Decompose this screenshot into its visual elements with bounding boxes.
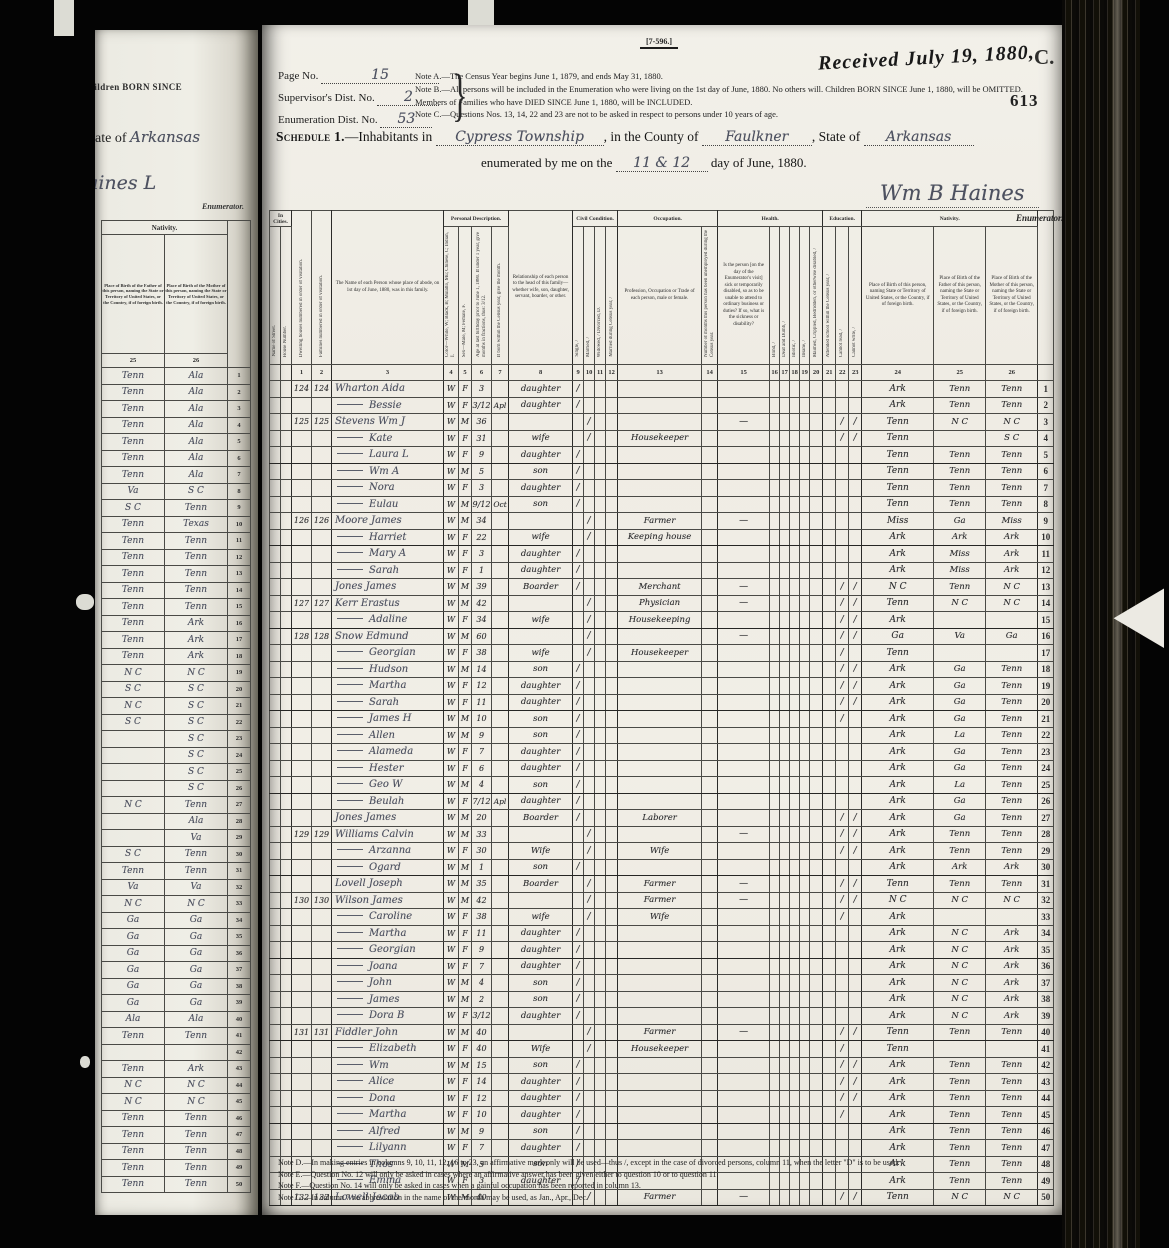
cell-street — [270, 562, 281, 579]
cell-pm: Ark — [986, 529, 1038, 546]
cell-sick — [718, 562, 770, 579]
cell-sick — [718, 975, 770, 992]
cell-pf: Tenn — [934, 397, 986, 414]
cell-cwr — [849, 1041, 862, 1058]
cell-mother-birthplace: Ark — [165, 632, 228, 649]
cell-pm: Tenn — [986, 744, 1038, 761]
cell-insa — [800, 1140, 810, 1157]
cell-rel — [509, 513, 573, 530]
cell-pm: Tenn — [986, 810, 1038, 827]
cell-rowno: 17 — [1038, 645, 1054, 662]
cell-cs: / — [573, 859, 584, 876]
cell-pf: N C — [934, 942, 986, 959]
column-number-2: 2 — [312, 365, 332, 381]
cell-blind — [770, 793, 780, 810]
cell-blind — [770, 1008, 780, 1025]
cell-fam — [312, 744, 332, 761]
cell-dw — [292, 661, 312, 678]
cell-school — [823, 942, 836, 959]
person-row: 126126Moore JamesWM34/Farmer—MissGaMiss9 — [270, 513, 1054, 530]
cell-unemp — [702, 1090, 718, 1107]
cell-pm: Tenn — [986, 1107, 1038, 1124]
cell-cwid — [595, 760, 606, 777]
cell-house — [281, 843, 292, 860]
cell-street — [270, 595, 281, 612]
cell-idio — [790, 1008, 800, 1025]
cell-house — [281, 447, 292, 464]
cell-cmy — [606, 562, 618, 579]
cell-dw: 128 — [292, 628, 312, 645]
person-row: LilyannWF7daughter/ArkTennTenn47 — [270, 1140, 1054, 1157]
cell-maim — [810, 1107, 823, 1124]
cell-cm: / — [584, 892, 595, 909]
cell-month: Oct — [492, 496, 509, 513]
cell-rel: daughter — [509, 925, 573, 942]
cell-cwid — [595, 1123, 606, 1140]
cell-maim — [810, 513, 823, 530]
cell-row-number: 43 — [228, 1061, 251, 1078]
cell-month — [492, 892, 509, 909]
cell-month — [492, 381, 509, 398]
cell-sex: M — [459, 810, 472, 827]
cell-maim — [810, 892, 823, 909]
cell-pf: Ga — [934, 678, 986, 695]
spine-highlight — [1112, 0, 1123, 1248]
cell-cm — [584, 925, 595, 942]
person-name: Adaline — [369, 614, 407, 625]
cell-cwr — [849, 760, 862, 777]
cell-school — [823, 1090, 836, 1107]
cell-dw — [292, 909, 312, 926]
cell-rel: Wife — [509, 1041, 573, 1058]
cell-age: 35 — [472, 876, 492, 893]
cell-street — [270, 447, 281, 464]
cell-sick — [718, 1123, 770, 1140]
cell-age: 42 — [472, 595, 492, 612]
cell-unemp — [702, 958, 718, 975]
cell-school — [823, 661, 836, 678]
cell-age: 2 — [472, 991, 492, 1008]
cell-cwr — [849, 480, 862, 497]
cell-unemp — [702, 991, 718, 1008]
left-father-colnum: 25 — [102, 354, 165, 368]
cell-rel: son — [509, 777, 573, 794]
cell-deaf — [780, 843, 790, 860]
cell-fam — [312, 1057, 332, 1074]
cell-insa — [800, 876, 810, 893]
cell-cs: / — [573, 925, 584, 942]
cell-age: 34 — [472, 513, 492, 530]
cell-cs — [573, 414, 584, 431]
person-row: Jones JamesWM39Boarder/Merchant—//N CTen… — [270, 579, 1054, 596]
cell-cm — [584, 744, 595, 761]
cell-row-number: 24 — [228, 747, 251, 764]
cell-age: 42 — [472, 892, 492, 909]
cell-street — [270, 826, 281, 843]
cell-pob: Ark — [862, 1123, 934, 1140]
cell-dw — [292, 1008, 312, 1025]
person-row: MarthaWF11daughter/ArkN CArk34 — [270, 925, 1054, 942]
cell-pob: Ark — [862, 711, 934, 728]
letter-c-mark: C. — [1034, 45, 1054, 70]
left-page-row: N CN C44 — [102, 1077, 251, 1094]
cell-street — [270, 793, 281, 810]
cell-sick — [718, 397, 770, 414]
cell-deaf — [780, 529, 790, 546]
cell-dw — [292, 744, 312, 761]
cell-unemp — [702, 727, 718, 744]
cell-pf: Tenn — [934, 1024, 986, 1041]
cell-month — [492, 1107, 509, 1124]
ditto-dash — [337, 404, 363, 405]
cell-fam: 124 — [312, 381, 332, 398]
cell-rel: daughter — [509, 1090, 573, 1107]
cell-pob: Ark — [862, 381, 934, 398]
cell-unemp — [702, 430, 718, 447]
cell-dw — [292, 810, 312, 827]
cell-rowno: 35 — [1038, 942, 1054, 959]
cell-cr: / — [836, 843, 849, 860]
cell-deaf — [780, 1024, 790, 1041]
cell-idio — [790, 381, 800, 398]
cell-blind — [770, 1074, 780, 1091]
cell-occ: Housekeeper — [618, 430, 702, 447]
cell-cs: / — [573, 810, 584, 827]
left-page-row: TennAla6 — [102, 450, 251, 467]
cell-cwr — [849, 381, 862, 398]
cell-sex: F — [459, 381, 472, 398]
person-name: Sarah — [369, 565, 399, 576]
left-page-row: TennAla4 — [102, 417, 251, 434]
person-row: Laura LWF9daughter/TennTennTenn5 — [270, 447, 1054, 464]
left-page-row: N CN C45 — [102, 1094, 251, 1111]
cell-rel: daughter — [509, 1074, 573, 1091]
cell-mother-birthplace: Ala — [165, 417, 228, 434]
cell-name: Bessie — [332, 397, 444, 414]
cell-rowno: 46 — [1038, 1123, 1054, 1140]
person-name: Eulau — [369, 499, 398, 510]
cell-cs: / — [573, 711, 584, 728]
cell-rel: daughter — [509, 1008, 573, 1025]
cell-cmy — [606, 381, 618, 398]
cell-deaf — [780, 1057, 790, 1074]
cell-cr — [836, 793, 849, 810]
cell-cm: / — [584, 430, 595, 447]
cell-dw — [292, 562, 312, 579]
cell-maim — [810, 1008, 823, 1025]
cell-street — [270, 810, 281, 827]
cell-insa — [800, 826, 810, 843]
person-row: JamesWM2son/ArkN CArk38 — [270, 991, 1054, 1008]
cell-cr — [836, 958, 849, 975]
cell-blind — [770, 1123, 780, 1140]
cell-cwid — [595, 1090, 606, 1107]
cell-father-birthplace — [102, 747, 165, 764]
cell-pob: Ark — [862, 760, 934, 777]
cell-dw — [292, 843, 312, 860]
cell-sex: F — [459, 447, 472, 464]
cell-color: W — [444, 496, 459, 513]
cell-pm: Tenn — [986, 1024, 1038, 1041]
cell-maim — [810, 1041, 823, 1058]
cell-pm: Tenn — [986, 694, 1038, 711]
cell-sick — [718, 942, 770, 959]
cell-blind — [770, 958, 780, 975]
cell-month — [492, 1057, 509, 1074]
cell-fam — [312, 1140, 332, 1157]
cell-mother-birthplace: S C — [165, 747, 228, 764]
cell-month — [492, 529, 509, 546]
cell-cm — [584, 958, 595, 975]
cell-idio — [790, 975, 800, 992]
cell-unemp — [702, 843, 718, 860]
cell-unemp — [702, 381, 718, 398]
cell-cs: / — [573, 991, 584, 1008]
cell-row-number: 9 — [228, 500, 251, 517]
cell-house — [281, 826, 292, 843]
cell-school — [823, 1140, 836, 1157]
cell-house — [281, 1057, 292, 1074]
ditto-dash — [337, 437, 363, 438]
cell-occ — [618, 414, 702, 431]
cell-house — [281, 678, 292, 695]
person-row: MarthaWF12daughter///ArkGaTenn19 — [270, 678, 1054, 695]
cell-mother-birthplace: Ala — [165, 467, 228, 484]
cell-color: W — [444, 1140, 459, 1157]
cell-rel: son — [509, 1057, 573, 1074]
cell-cwr: / — [849, 430, 862, 447]
cell-sex: F — [459, 645, 472, 662]
cell-maim — [810, 1024, 823, 1041]
cell-cs — [573, 1024, 584, 1041]
cell-mother-birthplace: Ala — [165, 450, 228, 467]
cell-cr — [836, 991, 849, 1008]
cell-sex: M — [459, 1024, 472, 1041]
person-name: Alameda — [369, 746, 413, 757]
left-rowno-header — [228, 221, 251, 368]
cell-sick — [718, 991, 770, 1008]
person-name: Dora B — [369, 1010, 404, 1021]
cell-unemp — [702, 579, 718, 596]
cell-house — [281, 1123, 292, 1140]
cell-idio — [790, 480, 800, 497]
cell-mother-birthplace: Tenn — [165, 599, 228, 616]
cell-fam: 128 — [312, 628, 332, 645]
left-page-row: N CS C21 — [102, 698, 251, 715]
cell-cr: / — [836, 1024, 849, 1041]
cell-unemp — [702, 826, 718, 843]
column-header-sick: Is the person [on the day of the Enumera… — [718, 227, 770, 365]
cell-cwr — [849, 991, 862, 1008]
cell-row-number: 8 — [228, 483, 251, 500]
cell-school — [823, 645, 836, 662]
cell-age: 40 — [472, 1024, 492, 1041]
cell-school — [823, 463, 836, 480]
cell-pm: Ark — [986, 562, 1038, 579]
cell-insa — [800, 727, 810, 744]
cell-pf: Miss — [934, 546, 986, 563]
column-header-cr: Cannot read, / — [836, 227, 849, 365]
cell-idio — [790, 546, 800, 563]
page-no-label: Page No. — [278, 70, 318, 82]
cell-unemp — [702, 711, 718, 728]
cell-mother-birthplace: N C — [165, 665, 228, 682]
cell-school — [823, 925, 836, 942]
cell-sex: M — [459, 991, 472, 1008]
column-number-25: 25 — [934, 365, 986, 381]
ditto-dash — [337, 965, 363, 966]
cell-dw — [292, 727, 312, 744]
person-row: HudsonWM14son///ArkGaTenn18 — [270, 661, 1054, 678]
cell-cm — [584, 496, 595, 513]
cell-color: W — [444, 562, 459, 579]
cell-cr — [836, 546, 849, 563]
cell-cwr: / — [849, 579, 862, 596]
cell-insa — [800, 579, 810, 596]
cell-row-number: 36 — [228, 945, 251, 962]
cell-cwid — [595, 810, 606, 827]
cell-deaf — [780, 414, 790, 431]
cell-color: W — [444, 595, 459, 612]
cell-father-birthplace: Tenn — [102, 863, 165, 880]
cell-age: 3 — [472, 381, 492, 398]
cell-pm: Tenn — [986, 876, 1038, 893]
cell-pob: Ark — [862, 1107, 934, 1124]
cell-mother-birthplace: S C — [165, 780, 228, 797]
cell-deaf — [780, 1090, 790, 1107]
cell-insa — [800, 397, 810, 414]
cell-cwid — [595, 496, 606, 513]
person-name: Joana — [369, 961, 397, 972]
cell-month — [492, 909, 509, 926]
cell-idio — [790, 529, 800, 546]
cell-rel: wife — [509, 529, 573, 546]
cell-street — [270, 975, 281, 992]
cell-father-birthplace: Tenn — [102, 549, 165, 566]
column-header-rowno — [1038, 211, 1054, 365]
cell-house — [281, 381, 292, 398]
cell-month — [492, 826, 509, 843]
cell-rowno: 32 — [1038, 892, 1054, 909]
cell-fam — [312, 447, 332, 464]
cell-school — [823, 727, 836, 744]
person-row: AliceWF14daughter///ArkTennTenn43 — [270, 1074, 1054, 1091]
cell-cmy — [606, 414, 618, 431]
person-name: Stevens Wm J — [335, 416, 405, 427]
cell-insa — [800, 843, 810, 860]
cell-cs: / — [573, 1057, 584, 1074]
cell-occ: Farmer — [618, 1024, 702, 1041]
ditto-dash — [337, 915, 363, 916]
cell-month — [492, 612, 509, 629]
column-header-pob: Place of Birth of this person, naming St… — [862, 227, 934, 365]
ditto-dash — [337, 470, 363, 471]
cell-dw — [292, 1074, 312, 1091]
cell-sick: — — [718, 892, 770, 909]
cell-maim — [810, 1057, 823, 1074]
cell-fam — [312, 496, 332, 513]
cell-sick — [718, 496, 770, 513]
cell-dw — [292, 645, 312, 662]
cell-rowno: 8 — [1038, 496, 1054, 513]
cell-street — [270, 463, 281, 480]
cell-cm — [584, 381, 595, 398]
cell-pm: Tenn — [986, 1140, 1038, 1157]
cell-sick — [718, 1090, 770, 1107]
cell-maim — [810, 694, 823, 711]
cell-pf: Tenn — [934, 843, 986, 860]
cell-deaf — [780, 645, 790, 662]
cell-cm — [584, 579, 595, 596]
cell-insa — [800, 793, 810, 810]
cell-school — [823, 678, 836, 695]
cell-color: W — [444, 661, 459, 678]
cell-cwr — [849, 1008, 862, 1025]
cell-cmy — [606, 447, 618, 464]
cell-mother-birthplace: Ga — [165, 978, 228, 995]
cell-rowno: 30 — [1038, 859, 1054, 876]
cell-cwr: / — [849, 892, 862, 909]
person-row: EulauWM9/12Octson/TennTennTenn8 — [270, 496, 1054, 513]
group-header-personal: Personal Description. — [444, 211, 509, 227]
cell-month — [492, 760, 509, 777]
cell-sex: M — [459, 859, 472, 876]
left-page-row: S C23 — [102, 731, 251, 748]
cell-row-number: 50 — [228, 1176, 251, 1193]
cell-pm: Tenn — [986, 826, 1038, 843]
person-name: Martha — [369, 928, 406, 939]
person-row: Wm AWM5son/TennTennTenn6 — [270, 463, 1054, 480]
cell-color: W — [444, 991, 459, 1008]
cell-pob: Ark — [862, 529, 934, 546]
cell-row-number: 28 — [228, 813, 251, 830]
cell-unemp — [702, 397, 718, 414]
cell-mother-birthplace: Tenn — [165, 1143, 228, 1160]
cell-cwr — [849, 562, 862, 579]
cell-rowno: 33 — [1038, 909, 1054, 926]
cell-occ — [618, 694, 702, 711]
cell-occ — [618, 397, 702, 414]
cell-rowno: 28 — [1038, 826, 1054, 843]
note-a: Note A.—The Census Year begins June 1, 1… — [415, 70, 1055, 83]
cell-idio — [790, 727, 800, 744]
cell-age: 4 — [472, 975, 492, 992]
cell-cm — [584, 1123, 595, 1140]
cell-school — [823, 711, 836, 728]
cell-fam — [312, 430, 332, 447]
cell-cwid — [595, 645, 606, 662]
cell-occ: Keeping house — [618, 529, 702, 546]
cell-name: Martha — [332, 678, 444, 695]
cell-sick — [718, 529, 770, 546]
left-page-row: Va29 — [102, 830, 251, 847]
cell-cm: / — [584, 612, 595, 629]
left-page-row: TennArk18 — [102, 648, 251, 665]
cell-cr — [836, 1140, 849, 1157]
left-page-row: S C25 — [102, 764, 251, 781]
cell-pf: Va — [934, 628, 986, 645]
cell-pm: Ga — [986, 628, 1038, 645]
column-number-23: 23 — [849, 365, 862, 381]
cell-idio — [790, 711, 800, 728]
cell-pob: Miss — [862, 513, 934, 530]
cell-pf: N C — [934, 925, 986, 942]
cell-pob: Tenn — [862, 1041, 934, 1058]
cell-cr: / — [836, 645, 849, 662]
cell-street — [270, 694, 281, 711]
cell-month — [492, 579, 509, 596]
cell-sick — [718, 727, 770, 744]
